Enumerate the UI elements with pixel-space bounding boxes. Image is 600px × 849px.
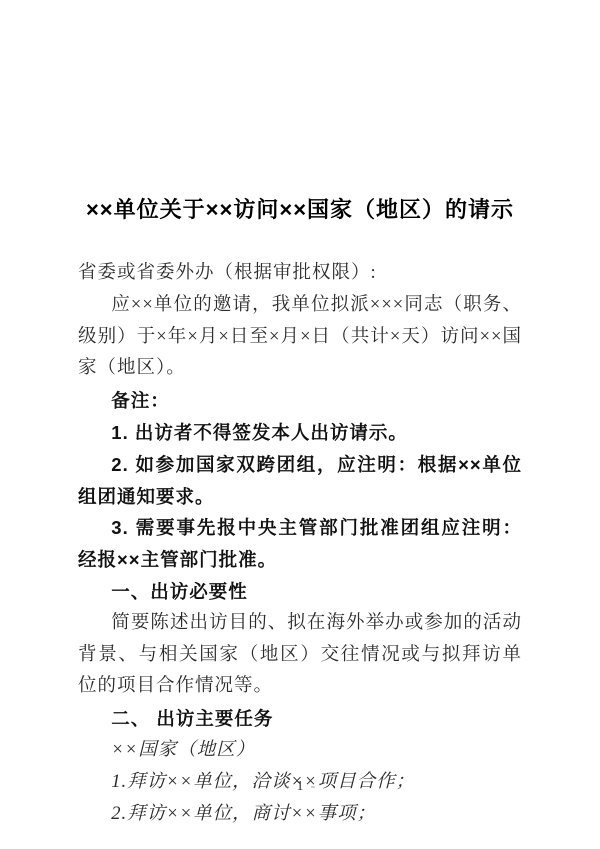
section-2-heading: 二、 出访主要任务 [78, 703, 522, 735]
task-item-2: 2.拜访××单位，商讨××事项； [78, 799, 522, 831]
salutation-line: 省委或省委外办（根据审批权限）: [78, 258, 522, 290]
task-country-line: ××国家（地区） [78, 735, 522, 767]
section-1-body: 简要陈述出访目的、拟在海外举办或参加的活动背景、与相关国家（地区）交往情况或与拟… [78, 608, 522, 703]
document-body: 省委或省委外办（根据审批权限）: 应××单位的邀请，我单位拟派×××同志（职务、… [78, 258, 522, 830]
footer-dash-left: - [285, 779, 290, 794]
notes-heading: 备注： [78, 385, 522, 417]
note-2: 2. 如参加国家双跨团组，应注明：根据××单位组团通知要求。 [78, 449, 522, 513]
document-title: ××单位关于××访问××国家（地区）的请示 [78, 194, 522, 226]
footer-dash-right: - [311, 779, 316, 794]
section-1-heading: 一、出访必要性 [78, 576, 522, 608]
page-number: 1 [297, 779, 304, 794]
note-1: 1. 出访者不得签发本人出访请示。 [78, 417, 522, 449]
document-page: ××单位关于××访问××国家（地区）的请示 省委或省委外办（根据审批权限）: 应… [0, 0, 600, 849]
note-3: 3. 需要事先报中央主管部门批准团组应注明：经报××主管部门批准。 [78, 512, 522, 576]
document-content: ××单位关于××访问××国家（地区）的请示 省委或省委外办（根据审批权限）: 应… [0, 194, 600, 830]
request-paragraph: 应××单位的邀请，我单位拟派×××同志（职务、级别）于×年×月×日至×月×日（共… [78, 290, 522, 385]
page-footer: -1- [0, 778, 600, 796]
